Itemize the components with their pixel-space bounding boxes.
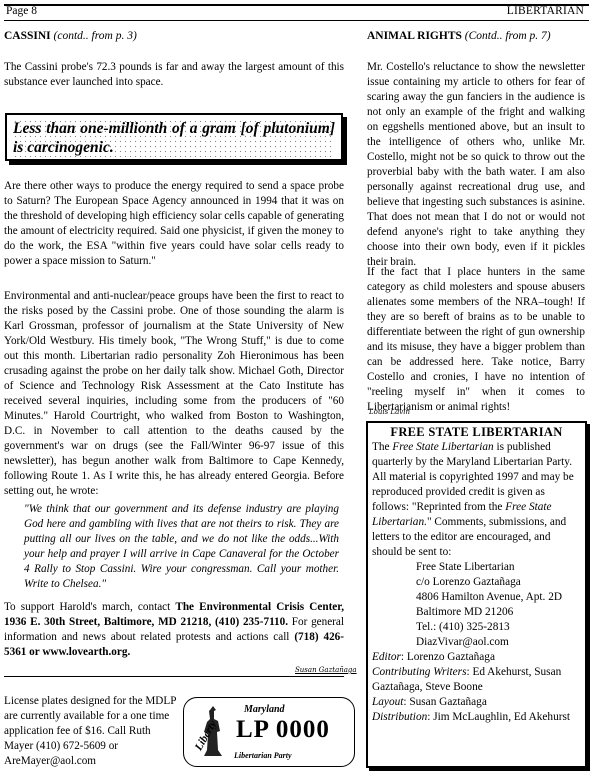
address-phone: Tel.: (410) 325-2813 — [416, 620, 581, 635]
credit-editor: Editor: Lorenzo Gaztañaga — [372, 650, 581, 665]
address-email: DiazVivar@aol.com — [416, 635, 581, 650]
address-line: 4806 Hamilton Avenue, Apt. 2D — [416, 590, 581, 605]
address-line: c/o Lorenzo Gaztañaga — [416, 575, 581, 590]
animal-rights-title: ANIMAL RIGHTS — [367, 30, 462, 42]
pull-quote-text: Less than one-millionth of a gram [of pl… — [13, 119, 335, 157]
plate-party: Libertarian Party — [234, 748, 292, 763]
masthead-body: The Free State Libertarian is published … — [368, 440, 585, 725]
support-intro: To support Harold's march, contact — [4, 601, 175, 613]
plate-state: Maryland — [244, 702, 285, 717]
cassini-paragraph-3: Environmental and anti-nuclear/peace gro… — [4, 289, 344, 499]
animal-rights-continued: (Contd.. from p. 7) — [465, 30, 551, 42]
page-header-rule — [4, 4, 589, 21]
masthead-box: FREE STATE LIBERTARIAN The Free State Li… — [366, 421, 587, 768]
cassini-heading: CASSINI (contd.. from p. 3) — [4, 29, 344, 44]
cassini-paragraph-1: The Cassini probe's 72.3 pounds is far a… — [4, 60, 344, 90]
cassini-title: CASSINI — [4, 30, 51, 42]
address-line: Free State Libertarian — [416, 560, 581, 575]
address-line: Baltimore MD 21206 — [416, 605, 581, 620]
courtright-quote: "We think that our government and its de… — [24, 502, 339, 592]
credit-contributing-writers: Contributing Writers: Ed Akehurst, Susan… — [372, 665, 581, 695]
credit-layout: Layout: Susan Gaztañaga — [372, 695, 581, 710]
cassini-continued: (contd.. from p. 3) — [54, 30, 137, 42]
publication-name: LIBERTARIAN — [507, 4, 584, 18]
masthead-publication-italic: Free State Libertarian — [392, 441, 493, 453]
animal-rights-signature: Louis Lavin — [369, 405, 410, 420]
license-plate-text: License plates designed for the MDLP are… — [4, 694, 182, 769]
pull-quote-box: Less than one-millionth of a gram [of pl… — [5, 113, 343, 161]
statue-of-liberty-icon: Liberty — [192, 704, 234, 760]
mailing-address: Free State Libertarian c/o Lorenzo Gazta… — [372, 560, 581, 650]
masthead-intro: The Free State Libertarian is published … — [372, 440, 581, 560]
section-divider — [4, 676, 344, 677]
plate-number: LP 0000 — [236, 716, 330, 744]
cassini-paragraph-2: Are there other ways to produce the ener… — [4, 179, 344, 269]
license-plate-image: Liberty Maryland LP 0000 Libertarian Par… — [183, 697, 355, 767]
support-paragraph: To support Harold's march, contact The E… — [4, 600, 344, 660]
credit-distribution: Distribution: Jim McLaughlin, Ed Akehurs… — [372, 710, 581, 725]
page-number: Page 8 — [6, 4, 37, 18]
animal-rights-paragraph-1: Mr. Costello's reluctance to show the ne… — [367, 60, 585, 270]
masthead-title: FREE STATE LIBERTARIAN — [368, 425, 585, 440]
animal-rights-heading: ANIMAL RIGHTS (Contd.. from p. 7) — [367, 29, 585, 44]
animal-rights-paragraph-2: If the fact that I place hunters in the … — [367, 265, 585, 415]
